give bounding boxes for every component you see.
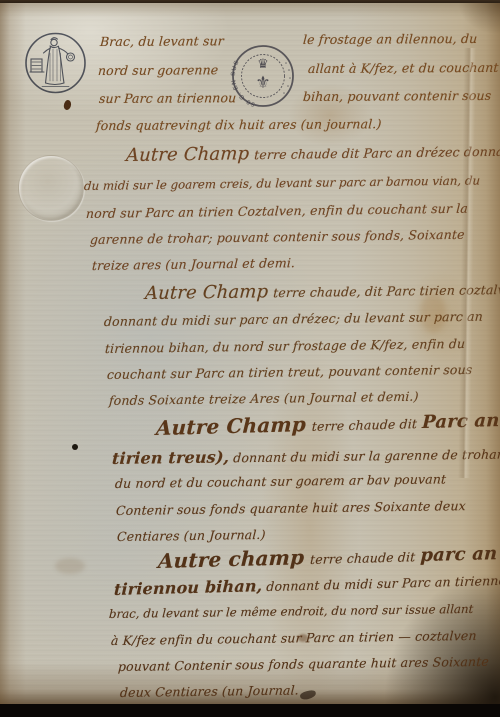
- paragraph-opening-word: Autre champ: [157, 545, 310, 573]
- paragraph-opening-word: Autre Champ: [144, 281, 273, 304]
- manuscript-line: fonds Soixante treize Ares (un Journal e…: [109, 389, 420, 408]
- ink-blot: [63, 99, 73, 111]
- manuscript-line: garenne de trohar; pouvant contenir sous…: [90, 227, 466, 247]
- manuscript-line: le frostage an dilennou, du: [303, 31, 478, 47]
- manuscript-line: deux Centiares (un Journal.: [120, 683, 300, 700]
- manuscript-line: fonds quatrevingt dix huit ares (un jour…: [96, 116, 382, 133]
- manuscript-line: Autre champterre chaude ditparc an: [157, 540, 497, 573]
- manuscript-line: Brac, du levant sur: [100, 33, 225, 49]
- manuscript-line: treize ares (un Journal et demi.: [92, 255, 296, 273]
- manuscript-line: brac, du levant sur le même endroit, du …: [109, 602, 474, 621]
- manuscript-line: Autre Champterre chaude ditParc an —: [155, 406, 500, 440]
- manuscript-line: nord sur goarenne: [98, 62, 219, 78]
- fleur-de-lis-icon: ⚜: [255, 73, 270, 92]
- manuscript-line: Centiares (un Journal.): [117, 527, 267, 544]
- manuscript-line: à K/fez enfin du couchant sur Parc an ti…: [111, 628, 478, 648]
- manuscript-line-text: terre chaude dit: [310, 549, 416, 567]
- manuscript-line: pouvant Contenir sous fonds quarante hui…: [118, 654, 490, 674]
- stain: [299, 689, 316, 700]
- manuscript-line: du midi sur le goarem creis, du levant s…: [84, 173, 481, 193]
- embossed-seal: [18, 155, 84, 221]
- manuscript-line-text: donnant du midi sur Parc an tiriennou: [266, 573, 500, 594]
- manuscript-line: tiriennou bihan,donnant du midi sur Parc…: [114, 570, 500, 599]
- allegorical-figure-seal-icon: [24, 31, 87, 97]
- scanned-manuscript-page: ♛ ⚜ 50 C. EN SUS Brac, du levant sur le …: [0, 0, 500, 717]
- manuscript-line: nord sur Parc an tirien Coztalven, enfin…: [86, 201, 469, 221]
- crown-revenue-stamp-icon: ♛ ⚜ 50 C. EN SUS: [230, 43, 296, 109]
- manuscript-line: Autre Champterre chaude dit Parc an dréz…: [125, 140, 500, 166]
- field-name-emphasis: tirien treus),: [111, 447, 233, 468]
- paragraph-opening-word: Autre Champ: [125, 143, 254, 166]
- field-name-emphasis: parc an: [415, 543, 498, 566]
- manuscript-line: tiriennou bihan, du nord sur frostage de…: [105, 336, 466, 356]
- manuscript-line: tirien treus),donnant du midi sur la gar…: [111, 444, 500, 468]
- manuscript-line-text: terre chaude dit: [312, 416, 418, 434]
- stain: [420, 293, 446, 333]
- stain: [55, 558, 85, 574]
- ink-blot: [72, 444, 78, 450]
- manuscript-line: Contenir sous fonds quarante huit ares S…: [116, 498, 467, 518]
- manuscript-line: couchant sur Parc an tirien treut, pouva…: [107, 362, 473, 382]
- manuscript-line: Autre Champterre chaude, dit Parc tirien…: [144, 278, 500, 304]
- manuscript-paper: ♛ ⚜ 50 C. EN SUS Brac, du levant sur le …: [0, 3, 500, 704]
- field-name-emphasis: tiriennou bihan,: [114, 576, 267, 599]
- stain: [298, 634, 308, 642]
- crown-icon: ♛: [257, 56, 269, 71]
- manuscript-line: du nord et du couchant sur goarem ar bav…: [115, 471, 447, 491]
- manuscript-line: sur Parc an tiriennou: [99, 90, 237, 106]
- paragraph-opening-word: Autre Champ: [155, 412, 312, 440]
